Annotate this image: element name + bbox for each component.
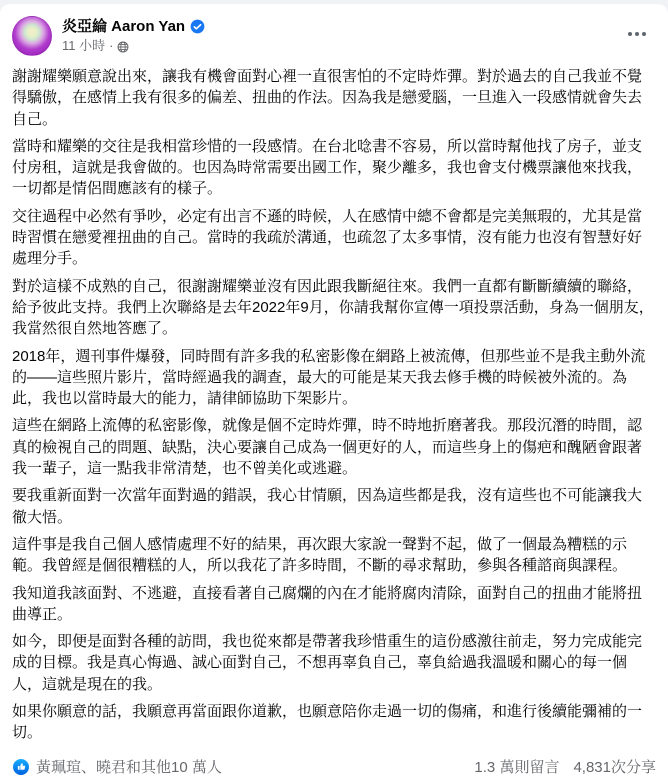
engagement-summary: 黃珮瑄、曉君和其他10 萬人 1.3 萬則留言 4,831次分享 xyxy=(12,752,656,777)
post-paragraph: 謝謝耀樂願意說出來，讓我有機會面對心裡一直很害怕的不定時炸彈。對於過去的自己我並… xyxy=(12,66,656,130)
counts-group: 1.3 萬則留言 4,831次分享 xyxy=(474,756,656,777)
post-paragraph: 要我重新面對一次當年面對過的錯誤，我心甘情願，因為這些都是我，沒有這些也不可能讓… xyxy=(12,485,656,528)
post-paragraph: 如果你願意的話，我願意再當面跟你道歉，也願意陪你走過一切的傷痛，和進行後續能彌補… xyxy=(12,701,656,744)
like-reaction-icon xyxy=(12,758,30,776)
post-paragraph: 對於這樣不成熟的自己，很謝謝耀樂並沒有因此跟我斷絕往來。我們一直都有斷斷續續的聯… xyxy=(12,276,656,340)
post-paragraph: 交往過程中必然有爭吵，必定有出言不遜的時候，人在感情中總不會都是完美無瑕的，尤其… xyxy=(12,206,656,270)
post-paragraph: 如今，即便是面對各種的訪問，我也從來都是帶著我珍惜重生的這份感激往前走，努力完成… xyxy=(12,631,656,695)
post-body: 謝謝耀樂願意說出來，讓我有機會面對心裡一直很害怕的不定時炸彈。對於過去的自己我並… xyxy=(12,66,656,771)
globe-privacy-icon xyxy=(117,41,129,53)
ellipsis-icon xyxy=(628,32,632,36)
shares-count-link[interactable]: 4,831次分享 xyxy=(573,756,656,777)
post-meta: 11 小時 · xyxy=(62,38,205,54)
meta-separator: · xyxy=(109,38,113,54)
post-header: 炎亞綸 Aaron Yan 11 小時 · xyxy=(12,16,656,56)
more-options-button[interactable] xyxy=(622,22,652,46)
facebook-post-card: 炎亞綸 Aaron Yan 11 小時 · xyxy=(0,4,668,780)
post-paragraph: 這些在網路上流傳的私密影像，就像是個不定時炸彈，時不時地折磨著我。那段沉潛的時間… xyxy=(12,415,656,479)
header-info: 炎亞綸 Aaron Yan 11 小時 · xyxy=(62,16,205,54)
post-paragraph: 2018年，週刊事件爆發，同時間有許多我的私密影像在網路上被流傳，但那些並不是我… xyxy=(12,346,656,410)
post-timestamp[interactable]: 11 小時 xyxy=(62,38,105,54)
post-paragraph: 當時和耀樂的交往是我相當珍惜的一段感情。在台北唸書不容易，所以當時幫他找了房子，… xyxy=(12,136,656,200)
author-name[interactable]: 炎亞綸 Aaron Yan xyxy=(62,17,185,36)
verified-badge-icon xyxy=(190,19,205,34)
post-paragraph: 我知道我該面對、不逃避，直接看著自己腐爛的內在才能將腐肉清除，面對自己的扭曲才能… xyxy=(12,583,656,626)
comments-count-link[interactable]: 1.3 萬則留言 xyxy=(474,756,559,777)
post-paragraph: 這件事是我自己個人感情處理不好的結果，再次跟大家說一聲對不起，做了一個最為糟糕的… xyxy=(12,534,656,577)
profile-avatar[interactable] xyxy=(12,16,52,56)
reactions-names-text: 黃珮瑄、曉君和其他10 萬人 xyxy=(36,756,222,777)
reactions-summary-link[interactable]: 黃珮瑄、曉君和其他10 萬人 xyxy=(12,756,222,777)
